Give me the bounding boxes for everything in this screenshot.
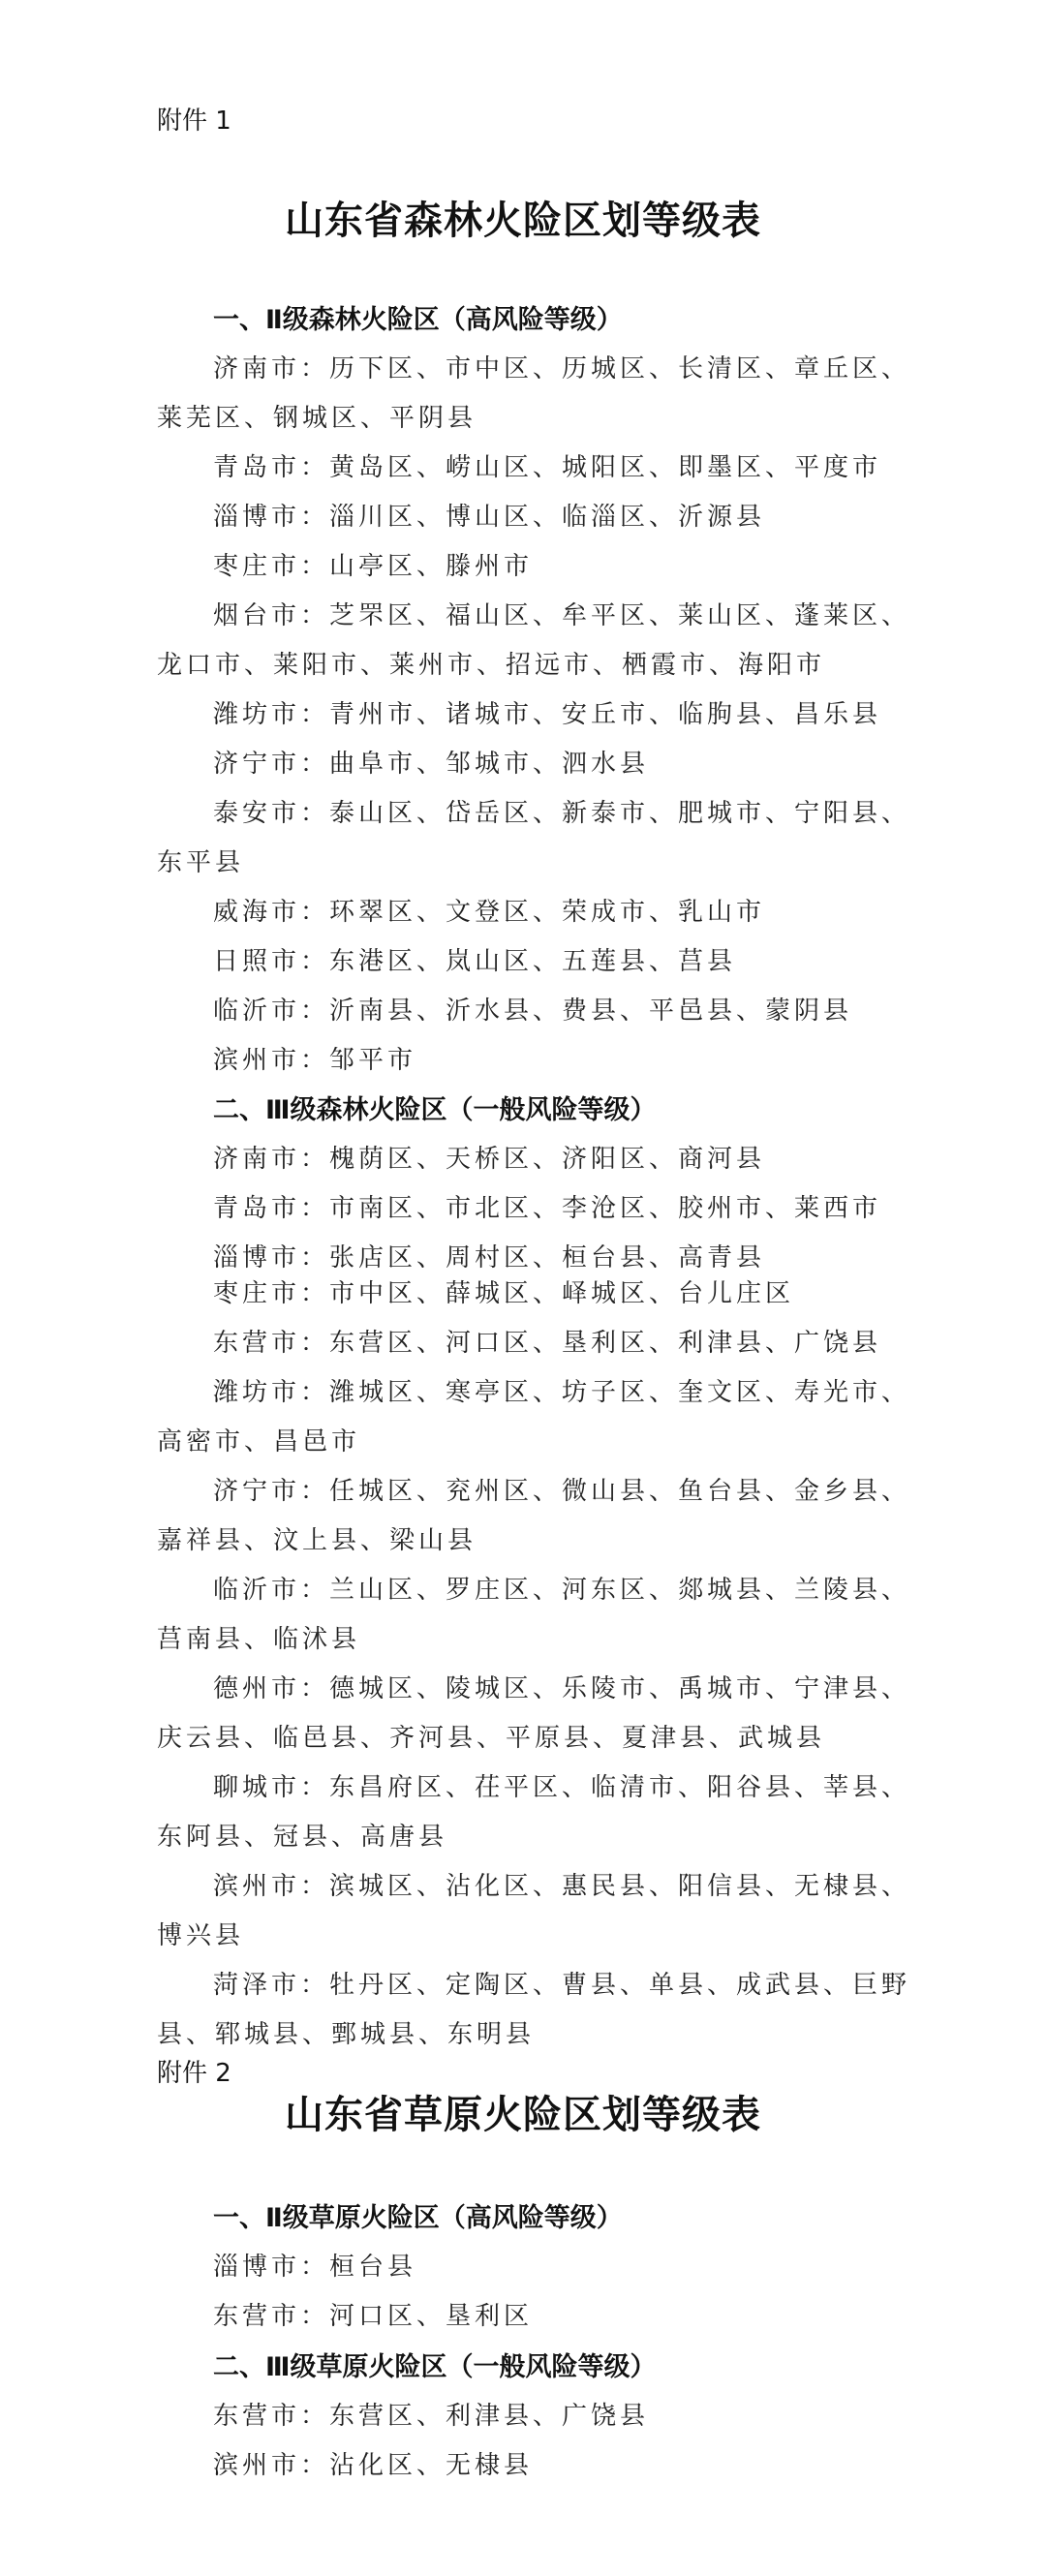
forest-section-2-heading: 二、Ⅲ级森林火险区（一般风险等级） [213,1089,657,1126]
attachment-1-label: 附件 1 [157,101,231,137]
list-item: 临沂市：兰山区、罗庄区、河东区、郯城县、兰陵县、 [213,1570,910,1606]
list-item: 潍坊市：潍城区、寒亭区、坊子区、奎文区、寿光市、 [213,1372,910,1408]
list-item: 潍坊市：青州市、诸城市、安丘市、临朐县、昌乐县 [213,694,881,730]
list-item-continuation: 庆云县、临邑县、齐河县、平原县、夏津县、武城县 [157,1718,825,1754]
list-item: 青岛市：市南区、市北区、李沧区、胶州市、莱西市 [213,1188,881,1224]
grassland-section-1-heading: 一、Ⅱ级草原火险区（高风险等级） [213,2196,623,2234]
list-item: 泰安市：泰山区、岱岳区、新泰市、肥城市、宁阳县、 [213,793,910,829]
list-item: 滨州市：沾化区、无棣县 [213,2445,533,2481]
list-item: 菏泽市：牡丹区、定陶区、曹县、单县、成武县、巨野 [213,1965,910,2001]
list-item-continuation: 县、郓城县、鄄城县、东明县 [157,2014,535,2050]
forest-section-1-heading: 一、Ⅱ级森林火险区（高风险等级） [213,298,623,336]
list-item: 滨州市：邹平市 [213,1040,416,1076]
grassland-fire-table-title: 山东省草原火险区划等级表 [0,2084,1046,2139]
list-item: 烟台市：芝罘区、福山区、牟平区、莱山区、蓬莱区、 [213,596,910,631]
list-item: 临沂市：沂南县、沂水县、费县、平邑县、蒙阴县 [213,991,852,1027]
list-item: 东营市：东营区、河口区、垦利区、利津县、广饶县 [213,1323,881,1359]
list-item: 滨州市：滨城区、沾化区、惠民县、阳信县、无棣县、 [213,1866,910,1902]
list-item-continuation: 嘉祥县、汶上县、梁山县 [157,1520,477,1556]
grassland-section-2-heading: 二、Ⅲ级草原火险区（一般风险等级） [213,2346,657,2383]
list-item-continuation: 莒南县、临沭县 [157,1619,360,1655]
list-item: 聊城市：东昌府区、茌平区、临清市、阳谷县、莘县、 [213,1767,910,1803]
list-item: 威海市：环翠区、文登区、荣成市、乳山市 [213,892,765,928]
list-item: 淄博市：淄川区、博山区、临淄区、沂源县 [213,497,765,533]
list-item: 东营市：河口区、垦利区 [213,2296,533,2332]
list-item-continuation: 莱芜区、钢城区、平阴县 [157,398,477,434]
list-item-continuation: 龙口市、莱阳市、莱州市、招远市、栖霞市、海阳市 [157,645,825,681]
list-item: 济宁市：任城区、兖州区、微山县、鱼台县、金乡县、 [213,1471,910,1507]
list-item: 青岛市：黄岛区、崂山区、城阳区、即墨区、平度市 [213,447,881,483]
list-item: 淄博市：桓台县 [213,2247,416,2283]
list-item-continuation: 高密市、昌邑市 [157,1422,360,1457]
list-item: 淄博市：张店区、周村区、桓台县、高青县 [213,1238,765,1273]
list-item-continuation: 东阿县、冠县、高唐县 [157,1817,447,1853]
list-item: 枣庄市：山亭区、滕州市 [213,546,533,582]
list-item: 济南市：历下区、市中区、历城区、长清区、章丘区、 [213,349,910,384]
list-item: 日照市：东港区、岚山区、五莲县、莒县 [213,941,736,977]
list-item-continuation: 东平县 [157,843,244,878]
list-item: 枣庄市：市中区、薛城区、峄城区、台儿庄区 [213,1273,794,1309]
forest-fire-table-title: 山东省森林火险区划等级表 [0,190,1046,245]
list-item: 德州市：德城区、陵城区、乐陵市、禹城市、宁津县、 [213,1669,910,1704]
list-item-continuation: 博兴县 [157,1916,244,1951]
list-item: 东营市：东营区、利津县、广饶县 [213,2396,649,2432]
list-item: 济南市：槐荫区、天桥区、济阳区、商河县 [213,1139,765,1175]
list-item: 济宁市：曲阜市、邹城市、泗水县 [213,744,649,780]
